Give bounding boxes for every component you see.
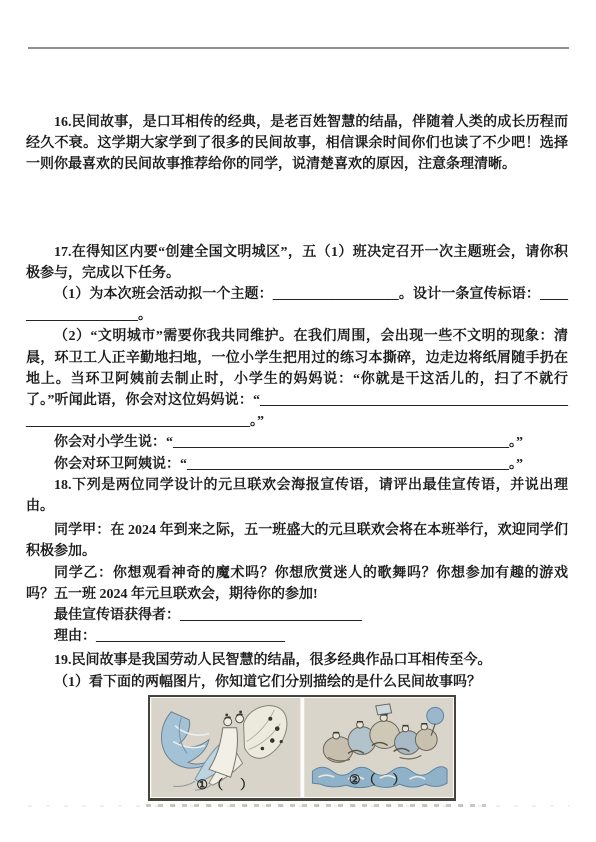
question-17-part1: （1）为本次班会活动拟一个主题：__________________。设计一条宣…: [26, 284, 568, 326]
picture-1-caption: ①（ ）: [151, 774, 301, 793]
question-18-student-a: 同学甲：在 2024 年到来之际，五一班盛大的元旦联欢会将在本班举行，欢迎同学们…: [26, 520, 568, 562]
question-18-reason-blank: 理由：___________________________: [26, 626, 568, 647]
folk-story-pictures: ①（ ）: [148, 695, 456, 801]
folk-story-picture-1: ①（ ）: [151, 698, 301, 797]
scan-artifact-main: [146, 804, 486, 807]
question-17-part2: （2）“文明城市”需要你我共同维护。在我们周围，会出现一些不文明的现象：清晨，环…: [26, 326, 568, 432]
worksheet-body: 16.民间故事，是口耳相传的经典，是老百姓智慧的结晶，伴随着人类的成长历程而经久…: [26, 0, 568, 809]
question-19-intro: 19.民间故事是我国劳动人民智慧的结晶，很多经典作品口耳相传至今。: [26, 650, 568, 671]
worksheet-page: 16.民间故事，是口耳相传的经典，是老百姓智慧的结晶，伴随着人类的成长历程而经久…: [0, 0, 596, 842]
question-19-part1: （1）看下面的两幅图片，你知道它们分别描绘的是什么民间故事吗？: [26, 672, 568, 693]
scan-artifact-line: [26, 803, 568, 809]
question-18-intro: 18.下列是两位同学设计的元旦联欢会海报宣传语，请评出最佳宣传语，并说出理由。: [26, 475, 568, 517]
question-16: 16.民间故事，是口耳相传的经典，是老百姓智慧的结晶，伴随着人类的成长历程而经久…: [26, 112, 568, 176]
question-18-best-slogan-blank: 最佳宣传语获得者：__________________________: [26, 605, 568, 626]
picture-2-caption: ②（ ）: [304, 769, 454, 788]
folk-story-picture-2: ②（ ）: [304, 698, 454, 797]
question-17-reply-to-cleaner: 你会对环卫阿姨说：“______________________________…: [26, 454, 568, 475]
question-17-intro: 17.在得知区内要“创建全国文明城区”，五（1）班决定召开一次主题班会，请你积极…: [26, 242, 568, 284]
question-17-reply-to-student: 你会对小学生说：“_______________________________…: [26, 432, 568, 453]
question-18-student-b: 同学乙：你想观看神奇的魔术吗？你想欣赏迷人的歌舞吗？你想参加有趣的游戏吗？五一班…: [26, 563, 568, 605]
